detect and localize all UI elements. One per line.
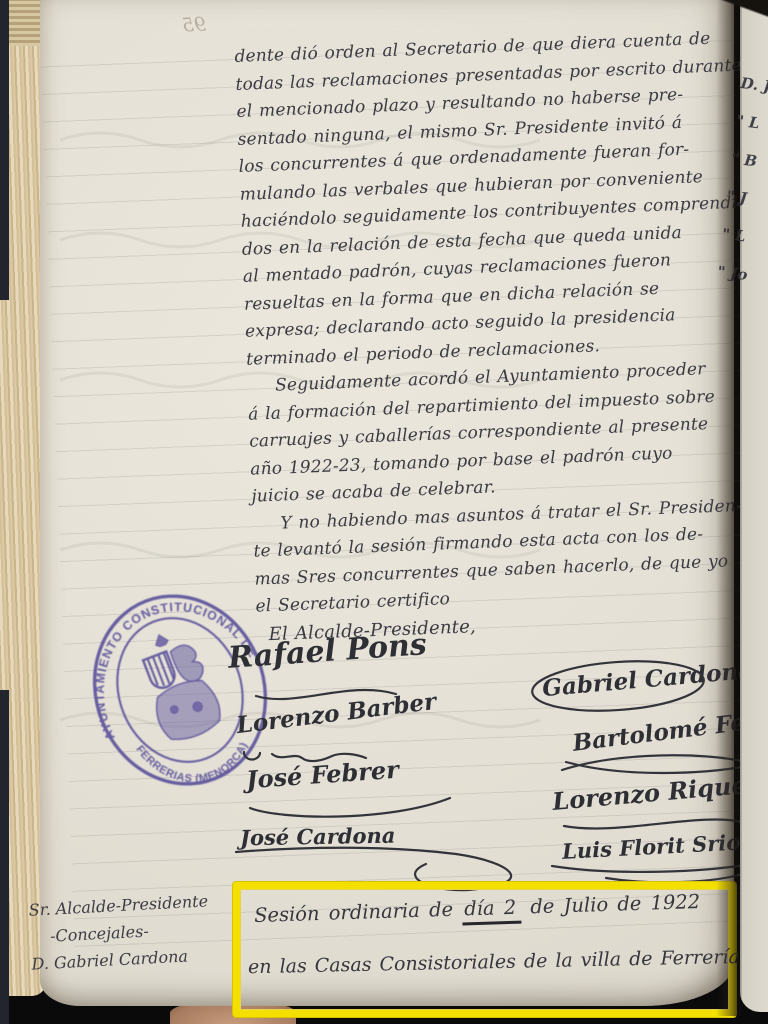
margin-note: Sr. Alcalde-Presidente -Concejales- D. G…: [28, 887, 212, 977]
name-fragment: D. J: [738, 64, 768, 105]
book-gutter-shadow: [716, 0, 742, 1016]
photo-of-minutes-book: { "manuscript": { "ghost_page_number": "…: [0, 0, 768, 1024]
session-header-line-2: en las Casas Consistoriales de la villa …: [248, 946, 750, 979]
book-cover-edge: [0, 0, 9, 300]
manuscript-page: 95 dente dió orden al Secretario de que …: [40, 0, 734, 1006]
adjacent-page-edge: D. J " L " B " J " L " Jo: [740, 0, 768, 1012]
book-cover-edge: [0, 690, 9, 1024]
session-header-prefix: Sesión ordinaria de: [254, 897, 463, 927]
stamp-coat-of-arms-icon: [130, 624, 226, 747]
yellow-highlight-box: Sesión ordinaria de día 2 de Julio de 19…: [233, 882, 736, 1017]
gutter-top-shadow: [704, 0, 768, 36]
manuscript-text-block: dente dió orden al Secretario de que die…: [234, 25, 761, 649]
signature-flourish-icon: [240, 792, 460, 822]
session-date-underlined: día 2: [462, 896, 522, 926]
session-header-suffix: de Julio de 1922: [521, 890, 701, 919]
signature-flourish-icon: [526, 656, 716, 716]
session-header-line-1: Sesión ordinaria de día 2 de Julio de 19…: [254, 890, 701, 927]
bleed-through-page-number: 95: [181, 13, 206, 36]
